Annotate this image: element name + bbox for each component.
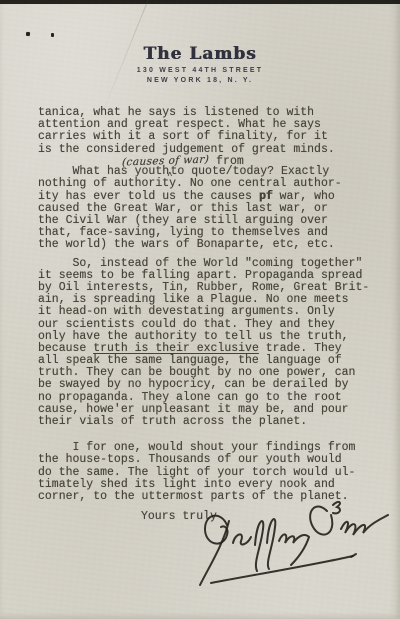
- letter-body: tanica, what he says is listened to with…: [38, 107, 390, 523]
- letter-line: their vials of truth across the planet.: [38, 416, 390, 428]
- staple-mark: [26, 32, 31, 37]
- signature-ink: [193, 499, 395, 594]
- staple-mark: [51, 33, 54, 37]
- letterhead-name: The Lambs: [0, 46, 400, 63]
- letterhead: The Lambs 130 WEST 44TH STREET NEW YORK …: [0, 46, 400, 84]
- scan-edge: [0, 0, 400, 4]
- letter-lines: tanica, what he says is listened to with…: [38, 107, 390, 503]
- letterhead-city: NEW YORK 18, N. Y.: [0, 77, 400, 84]
- letterhead-street: 130 WEST 44TH STREET: [0, 67, 400, 74]
- letter-page: The Lambs 130 WEST 44TH STREET NEW YORK …: [0, 0, 400, 619]
- letter-line: the world) the wars of Bonaparte, etc, e…: [38, 239, 390, 251]
- signature: [193, 499, 395, 594]
